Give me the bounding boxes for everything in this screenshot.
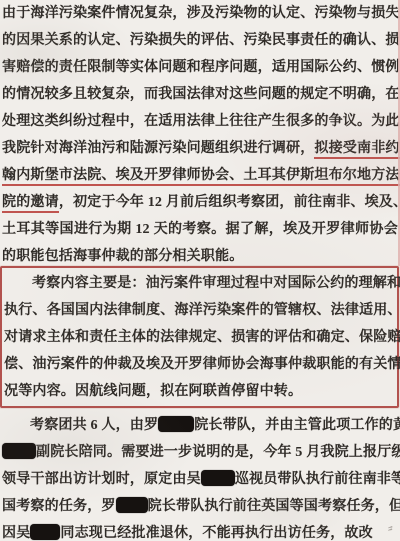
red-underlined-text: 翰内斯堡市法院、埃及开罗律师协会、土耳其伊斯坦布尔地方法 [2, 168, 400, 186]
text-segment: 副院长陪同。需要进一步说明的是，今年 5 月我院上报厅级 [36, 445, 400, 460]
text-segment: 偿、油污案件的仲裁及埃及开罗律师协会海事仲裁职能的有关情 [4, 357, 400, 372]
text-segment: 对请求主体和责任主体的法律规定、损害的评估和确定、保险赔 [4, 330, 400, 345]
text-segment: 考察团共 6 人，由罗 [30, 418, 158, 433]
text-segment: 的情况较多且较复杂，而我国法律对这些问题的规定不明确，在 [2, 87, 400, 102]
text-line: 执行、各国国内法律制度、海洋污染案件的管辖权、法律适用、 [4, 297, 395, 324]
text-segment: 害赔偿的责任限制等实体问题和程序问题，适用国际公约、惯例 [2, 60, 400, 75]
text-line: 的情况较多且较复杂，而我国法律对这些问题的规定不明确，在 [2, 81, 398, 108]
text-segment: 由于海洋污染案件情况复杂，涉及污染物的认定、污染物与损失 [2, 6, 400, 21]
text-segment: 巡视员带队执行前往南非等 [235, 472, 400, 487]
text-line: 由于海洋污染案件情况复杂，涉及污染物的认定、污染物与损失 [2, 0, 398, 27]
red-underlined-text: 拟接受南非约 [314, 141, 399, 159]
text-segment: 我院针对海洋油污和陆源污染问题组织进行调研， [2, 141, 314, 156]
text-segment: 院长带队执行前往英国等国考察任务，但 [148, 499, 400, 514]
text-segment: 国考察的任务，罗 [2, 499, 116, 514]
text-line: 国考察的任务，罗院长带队执行前往英国等国考察任务，但 [2, 493, 398, 520]
handwriting-artifact: 〞 [384, 519, 400, 541]
text-segment: 同志现已经批准退休，不能再执行出访任务，故改 [60, 526, 372, 541]
text-segment: 的因果关系的认定、污染损失的评估、污染民事责任的确认、损 [2, 33, 400, 48]
paragraph-block: 由于海洋污染案件情况复杂，涉及污染物的认定、污染物与损失的因果关系的认定、污染损… [2, 0, 398, 270]
text-segment: ，初定于今年 12 月前后组织考察团，前往南非、埃及、 [59, 195, 400, 210]
text-segment: 土耳其等国进行为期 12 天的考察。据了解，埃及开罗律师协会 [2, 222, 398, 237]
redaction-bar [201, 470, 235, 486]
text-line: 翰内斯堡市法院、埃及开罗律师协会、土耳其伊斯坦布尔地方法 [2, 162, 398, 189]
text-line: 副院长陪同。需要进一步说明的是，今年 5 月我院上报厅级 [2, 439, 398, 466]
text-segment: 考察内容主要是：油污案件审理过程中对国际公约的理解和 [32, 276, 400, 291]
text-segment: 执行、各国国内法律制度、海洋污染案件的管辖权、法律适用、 [4, 303, 400, 318]
text-line: 偿、油污案件的仲裁及埃及开罗律师协会海事仲裁职能的有关情 [4, 351, 395, 378]
text-line: 院的邀请，初定于今年 12 月前后组织考察团，前往南非、埃及、 [2, 189, 398, 216]
text-line: 领导干部出访计划时，原定由吴巡视员带队执行前往南非等 [2, 466, 398, 493]
redaction-bar [158, 416, 194, 432]
text-segment: 因吴 [2, 526, 30, 541]
text-line: 况等内容。因航线问题，拟在阿联酋停留中转。 [4, 378, 395, 405]
text-line: 害赔偿的责任限制等实体问题和程序问题，适用国际公约、惯例 [2, 54, 398, 81]
redaction-bar [30, 524, 60, 540]
paragraph-block: 考察团共 6 人，由罗院长带队，并由主管此项工作的黄副院长陪同。需要进一步说明的… [2, 412, 398, 541]
document-body: 由于海洋污染案件情况复杂，涉及污染物的认定、污染物与损失的因果关系的认定、污染损… [2, 0, 398, 541]
text-line: 考察内容主要是：油污案件审理过程中对国际公约的理解和 [4, 270, 395, 297]
text-line: 考察团共 6 人，由罗院长带队，并由主管此项工作的黄 [2, 412, 398, 439]
text-segment: 处理这类纠纷过程中，在适用法律上往往产生很多的争议。为此， [2, 114, 400, 129]
text-line: 的因果关系的认定、污染损失的评估、污染民事责任的确认、损 [2, 27, 398, 54]
scanned-document-page: 由于海洋污染案件情况复杂，涉及污染物的认定、污染物与损失的因果关系的认定、污染损… [0, 0, 400, 541]
redaction-bar [2, 443, 36, 459]
text-line: 对请求主体和责任主体的法律规定、损害的评估和确定、保险赔 [4, 324, 395, 351]
red-underlined-text: 院的邀请 [2, 195, 59, 213]
text-segment: 况等内容。因航线问题，拟在阿联酋停留中转。 [4, 384, 302, 399]
text-segment: 领导干部出访计划时，原定由吴 [2, 472, 201, 487]
text-line: 处理这类纠纷过程中，在适用法律上往往产生很多的争议。为此， [2, 108, 398, 135]
text-segment: 的职能包括海事仲裁的部分相关职能。 [2, 249, 243, 264]
text-line: 因吴同志现已经批准退休，不能再执行出访任务，故改〞 [2, 520, 398, 541]
text-line: 土耳其等国进行为期 12 天的考察。据了解，埃及开罗律师协会 [2, 216, 398, 243]
text-line: 我院针对海洋油污和陆源污染问题组织进行调研，拟接受南非约 [2, 135, 398, 162]
text-segment: 院长带队，并由主管此项工作的黄 [194, 418, 400, 433]
redaction-bar [116, 497, 148, 513]
red-annotation-box: 考察内容主要是：油污案件审理过程中对国际公约的理解和执行、各国国内法律制度、海洋… [0, 266, 399, 408]
